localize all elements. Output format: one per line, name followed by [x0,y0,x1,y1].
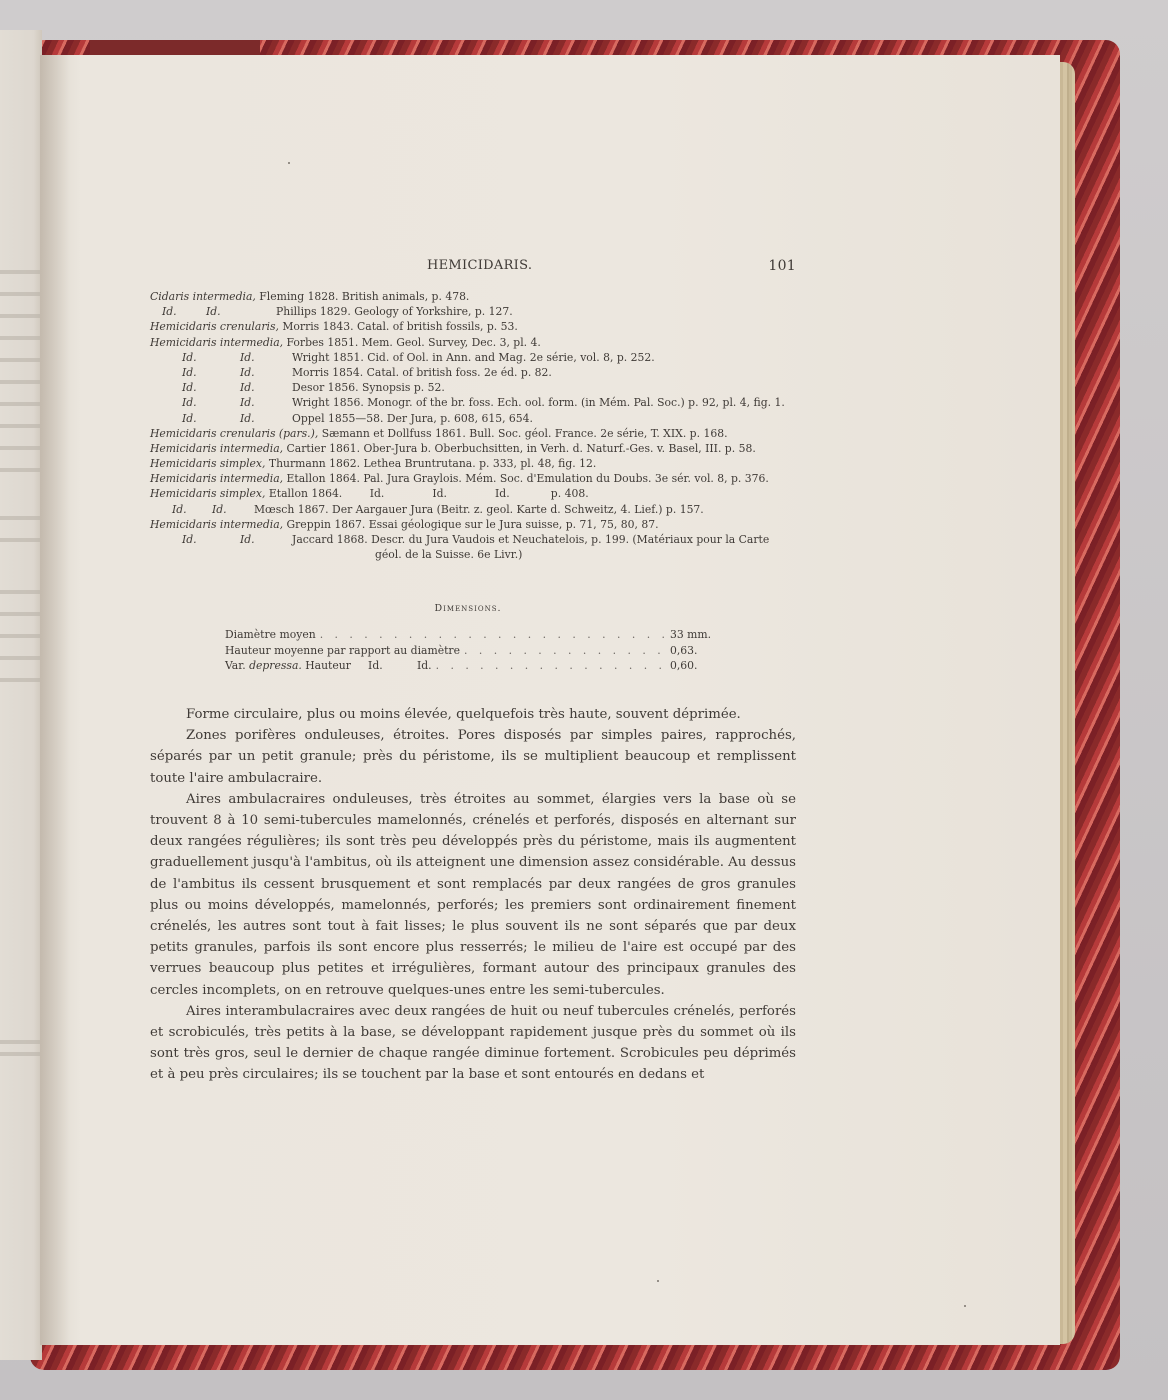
paper-speck [288,162,290,164]
variety-name: depressa. [249,659,302,672]
synonym-entry: Id.Id.Jaccard 1868. Descr. du Jura Vaudo… [150,532,800,547]
synonym-entry: Hemicidaris crenularis, Morris 1843. Cat… [150,319,800,334]
page-number: 101 [768,258,796,274]
synonym-entry: Id.Id.Desor 1856. Synopsis p. 52. [150,380,800,395]
synonymy-list: Cidaris intermedia, Fleming 1828. Britis… [150,289,800,562]
idem-genus: Id. [150,411,240,426]
synonym-entry: Hemicidaris intermedia, Etallon 1864. Pa… [150,471,800,486]
citation: Morris 1854. Catal. of british foss. 2e … [292,366,552,379]
synonym-entry: Hemicidaris simplex, Thurmann 1862. Leth… [150,456,800,471]
synonym-entry: Id.Id.Wright 1856. Monogr. of the br. fo… [150,395,800,410]
taxon-name: Hemicidaris intermedia, [150,472,283,485]
dimension-row: Hauteur moyenne par rapport au diamètre … [225,643,710,659]
idem-species: Id. [240,395,292,410]
gutter-shadow [40,55,70,1345]
paragraph-interambulacral-areas: Aires interambulacraires avec deux rangé… [150,1001,796,1086]
taxon-name: Cidaris intermedia, [150,290,256,303]
synonym-entry: Id.Id.Morris 1854. Catal. of british fos… [150,365,800,380]
paragraph-form: Forme circulaire, plus ou moins élevée, … [150,704,796,725]
dimension-value: 0,63. [670,643,710,659]
citation: Wright 1856. Monogr. of the br. foss. Ec… [292,396,785,409]
idem-species: Id. [240,380,292,395]
idem-species: Id. [240,532,292,547]
paper-speck [657,1280,659,1282]
dimension-value: 0,60. [670,658,710,674]
citation: Phillips 1829. Geology of Yorkshire, p. … [276,305,513,318]
idem-species: Id. [212,502,254,517]
label-prefix: Var. [225,659,249,672]
idem-species: Id. [240,350,292,365]
idem-species: Id. [240,365,292,380]
synonym-continuation: géol. de la Suisse. 6e Livr.) [150,547,800,562]
synonym-entry: Hemicidaris crenularis (pars.), Sæmann e… [150,426,800,441]
taxon-name: Hemicidaris intermedia, [150,518,283,531]
leader-dots [436,658,666,674]
synonym-entry: Cidaris intermedia, Fleming 1828. Britis… [150,289,800,304]
idem-genus: Id. [150,380,240,395]
dimension-row: Diamètre moyen 33 mm. [225,627,710,643]
paper-speck [964,1305,966,1307]
synonym-entry: Id.Id.Wright 1851. Cid. of Ool. in Ann. … [150,350,800,365]
idem-genus: Id. [150,350,240,365]
taxon-name: Hemicidaris intermedia, [150,336,283,349]
idem-species: Id. [206,304,276,319]
taxon-name: Hemicidaris simplex, [150,457,265,470]
taxon-name: Hemicidaris crenularis, [150,320,279,333]
citation: Sæmann et Dollfuss 1861. Bull. Soc. géol… [318,427,727,440]
citation: Jaccard 1868. Descr. du Jura Vaudois et … [292,533,769,546]
dimensions-heading: Dimensions. [140,603,796,614]
idem-genus: Id. [150,502,212,517]
synonym-entry: Hemicidaris intermedia, Cartier 1861. Ob… [150,441,800,456]
idem-genus: Id. [150,395,240,410]
dimension-row: Var. depressa. Hauteur Id. Id. 0,60. [225,658,710,674]
left-page-fragment [0,30,42,1360]
leader-dots [464,643,666,659]
leader-dots [320,627,666,643]
citation: Desor 1856. Synopsis p. 52. [292,381,445,394]
dimension-label: Diamètre moyen [225,627,316,643]
citation: Wright 1851. Cid. of Ool. in Ann. and Ma… [292,351,655,364]
synonym-entry: Hemicidaris intermedia, Greppin 1867. Es… [150,517,800,532]
citation: Mœsch 1867. Der Aargauer Jura (Beitr. z.… [254,503,704,516]
paragraph-poriferous-zones: Zones porifères onduleuses, étroites. Po… [150,725,796,789]
synonym-entry: Id.Id.Mœsch 1867. Der Aargauer Jura (Bei… [150,502,800,517]
dimension-label: Var. depressa. Hauteur Id. Id. [225,658,432,674]
taxon-name: Hemicidaris simplex, [150,487,265,500]
synonym-entry: Id.Id.Oppel 1855—58. Der Jura, p. 608, 6… [150,411,800,426]
citation: Oppel 1855—58. Der Jura, p. 608, 615, 65… [292,412,533,425]
idem-genus: Id. [150,365,240,380]
synonym-entry: Hemicidaris intermedia, Forbes 1851. Mem… [150,335,800,350]
idem-genus: Id. [150,532,240,547]
taxon-name: Hemicidaris crenularis (pars.), [150,427,318,440]
idem-species: Id. [240,411,292,426]
citation: Thurmann 1862. Lethea Bruntrutana. p. 33… [265,457,596,470]
citation: Morris 1843. Catal. of british fossils, … [279,320,518,333]
synonym-entry: Id.Id.Phillips 1829. Geology of Yorkshir… [150,304,800,319]
citation: Cartier 1861. Ober-Jura b. Oberbuchsitte… [283,442,756,455]
dimension-label: Hauteur moyenne par rapport au diamètre [225,643,460,659]
citation: Fleming 1828. British animals, p. 478. [256,290,470,303]
citation: Etallon 1864. Id. Id. Id. p. 408. [265,487,588,500]
running-head-title: HEMICIDARIS. [427,258,532,273]
synonym-entry: Hemicidaris simplex, Etallon 1864. Id. I… [150,486,800,501]
right-page [40,55,1060,1345]
paragraph-ambulacral-areas: Aires ambulacraires onduleuses, très étr… [150,789,796,1001]
citation: Greppin 1867. Essai géologique sur le Ju… [283,518,658,531]
dimension-value: 33 mm. [670,627,710,643]
citation: Etallon 1864. Pal. Jura Graylois. Mém. S… [283,472,769,485]
description-body: Forme circulaire, plus ou moins élevée, … [150,704,796,1086]
idem-genus: Id. [150,304,206,319]
citation: Forbes 1851. Mem. Geol. Survey, Dec. 3, … [283,336,541,349]
label-suffix: Hauteur Id. Id. [302,659,432,672]
taxon-name: Hemicidaris intermedia, [150,442,283,455]
running-head: HEMICIDARIS. 101 [140,258,796,278]
dimensions-table: Diamètre moyen 33 mm. Hauteur moyenne pa… [225,627,710,674]
